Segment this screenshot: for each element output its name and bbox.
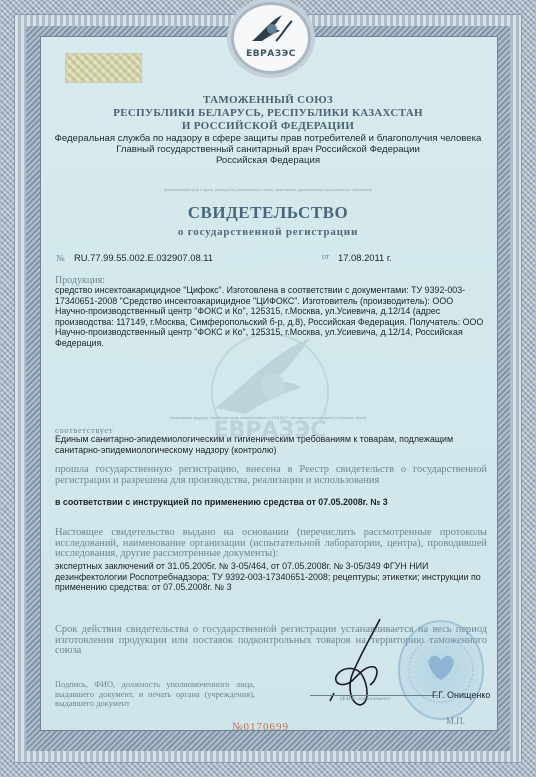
serial-number-text: №0170699 xyxy=(232,721,289,733)
product-caption: (наименование продукции, химический сост… xyxy=(50,416,486,420)
title-sub: о государственной регистрации xyxy=(40,226,496,238)
official-seal-stamp xyxy=(398,620,484,720)
instruction-reference: в соответствии с инструкцией по применен… xyxy=(55,497,487,508)
basis-documents: экспертных заключений от 31.05.2005г. № … xyxy=(55,561,487,593)
date-label: от xyxy=(322,252,329,261)
registration-date: 17.08.2011 г. xyxy=(338,253,392,264)
basis-label: Настоящее свидетельство выдано на основа… xyxy=(55,528,487,560)
serial-number: №0170699 xyxy=(232,717,289,735)
number-label: № xyxy=(56,253,65,263)
double-headed-eagle-icon xyxy=(400,622,482,718)
authority-caption: (уполномоченный орган Стороны, руководит… xyxy=(50,188,486,192)
customs-union-header: ТАМОЖЕННЫЙ СОЮЗ РЕСПУБЛИКИ БЕЛАРУСЬ, РЕС… xyxy=(40,94,496,133)
registration-status-text: прошла государственную регистрацию, внес… xyxy=(55,465,487,486)
agency-line-1: Федеральная служба по надзору в сфере за… xyxy=(40,133,496,144)
agency-header: Федеральная служба по надзору в сфере за… xyxy=(40,133,496,166)
title-main: СВИДЕТЕЛЬСТВО xyxy=(40,203,496,223)
agency-line-2: Главный государственный санитарный врач … xyxy=(40,144,496,155)
registration-number: RU.77.99.55.002.E.032907.08.11 xyxy=(74,253,213,264)
product-description: средство инсектоакарицидное "Цифокс". Из… xyxy=(55,285,487,348)
union-line-3: И РОССИЙСКОЙ ФЕДЕРАЦИИ xyxy=(40,120,496,133)
seal-label: М.П. xyxy=(446,716,465,726)
hologram-sticker xyxy=(65,53,142,83)
agency-line-3: Российская Федерация xyxy=(40,155,496,166)
signature-line xyxy=(310,695,438,696)
conformity-text: Единым санитарно-эпидемиологическим и ги… xyxy=(55,434,487,455)
document-subtitle: о государственной регистрации xyxy=(40,226,496,238)
union-line-1: ТАМОЖЕННЫЙ СОЮЗ xyxy=(40,94,496,107)
document-title: СВИДЕТЕЛЬСТВО xyxy=(40,203,496,223)
signer-name: Г.Г. Онищенко xyxy=(432,690,490,701)
bird-emblem-icon xyxy=(248,11,294,47)
eurasec-emblem: ЕВРАЗЭС xyxy=(231,2,311,74)
signature-label: Подпись, ФИО, должность уполномоченного … xyxy=(55,680,255,709)
union-line-2: РЕСПУБЛИКИ БЕЛАРУСЬ, РЕСПУБЛИКИ КАЗАХСТА… xyxy=(40,107,496,120)
emblem-label: ЕВРАЗЭС xyxy=(234,49,308,59)
signer-caption: (Ф.И.О. подписавшего) xyxy=(340,697,390,702)
